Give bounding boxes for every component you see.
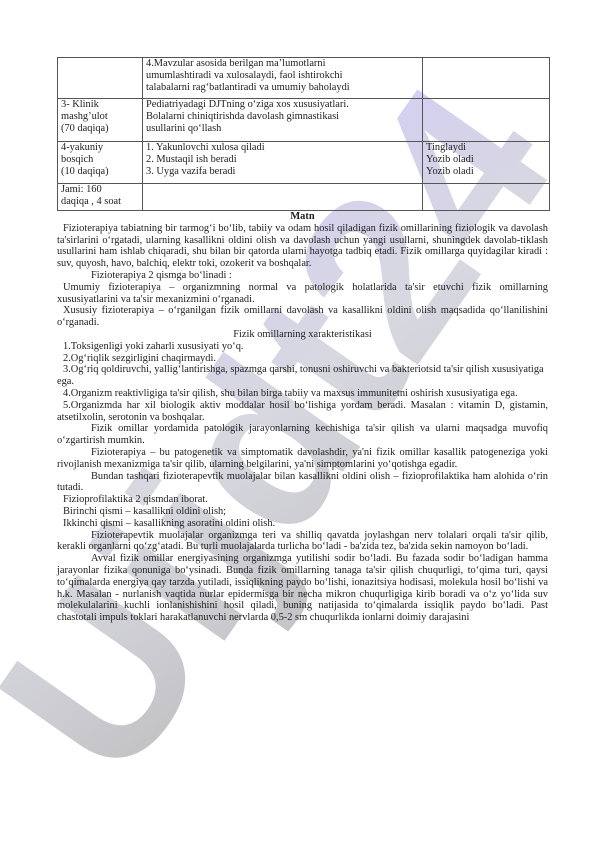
stage-cell: 3- Klinik mashg’ulot (70 daqiqa) (58, 99, 143, 142)
list-item: 2.Og‘riqlik sezgirligini chaqirmaydi. (57, 353, 548, 365)
table-row: 3- Klinik mashg’ulot (70 daqiqa) Pediatr… (58, 99, 550, 142)
paragraph: Ikkinchi qismi – kasallikning asoratini … (57, 518, 548, 530)
paragraph: Fizioterapiya 2 qismga bo‘linadi : (57, 270, 548, 282)
table-row: Jami: 160 daqiqa , 4 soat (58, 184, 550, 211)
paragraph: Birinchi qismi – kasallikni oldini olish… (57, 506, 548, 518)
table-row: 4.Mavzular asosida berilgan ma’lumotlarn… (58, 58, 550, 99)
paragraph: Fizioterapiya – bu patogenetik va simpto… (57, 447, 548, 471)
paragraph: Umumiy fizioterapiya – organizmning norm… (57, 282, 548, 306)
student-activity-cell (423, 184, 550, 211)
teacher-activity-cell: 4.Mavzular asosida berilgan ma’lumotlarn… (143, 58, 423, 99)
table-row: 4-yakuniy bosqich (10 daqiqa) 1. Yakunlo… (58, 142, 550, 184)
main-text: Matn Fizioterapiya tabiatning bir tarmog… (57, 211, 548, 624)
list-item: 3.Og‘riq qoldiruvchi, yallig‘lantirishga… (57, 364, 548, 388)
lesson-plan-table: 4.Mavzular asosida berilgan ma’lumotlarn… (57, 57, 550, 211)
paragraph: Fizik omillar yordamida patologik jarayo… (57, 423, 548, 447)
stage-cell: Jami: 160 daqiqa , 4 soat (58, 184, 143, 211)
stage-cell: 4-yakuniy bosqich (10 daqiqa) (58, 142, 143, 184)
stage-cell (58, 58, 143, 99)
paragraph: Avval fizik omillar energiyasining organ… (57, 553, 548, 624)
student-activity-cell (423, 58, 550, 99)
document-page: 4.Mavzular asosida berilgan ma’lumotlarn… (57, 57, 548, 624)
paragraph: Fizioterapevtik muolajalar organizmga te… (57, 530, 548, 554)
section-title: Matn (57, 211, 548, 223)
paragraph: Fizioprofilaktika 2 qismdan iborat. (57, 494, 548, 506)
paragraph: Fizioterapiya tabiatning bir tarmog‘i bo… (57, 223, 548, 270)
paragraph: Xususiy fizioterapiya – o‘rganilgan fizi… (57, 305, 548, 329)
subtitle: Fizik omillarning xarakteristikasi (57, 329, 548, 341)
teacher-activity-cell (143, 184, 423, 211)
list-item: 4.Organizm reaktivligiga ta'sir qilish, … (57, 388, 548, 400)
student-activity-cell (423, 99, 550, 142)
teacher-activity-cell: Pediatriyadagi DJTning o‘ziga xos xususi… (143, 99, 423, 142)
list-item: 5.Organizmda har xil biologik aktiv modd… (57, 400, 548, 424)
paragraph: Bundan tashqari fizioterapevtik muolajal… (57, 471, 548, 495)
student-activity-cell: Tinglaydi Yozib oladi Yozib oladi (423, 142, 550, 184)
list-item: 1.Toksigenligi yoki zaharli xususiyati y… (57, 341, 548, 353)
teacher-activity-cell: 1. Yakunlovchi xulosa qiladi 2. Mustaqil… (143, 142, 423, 184)
